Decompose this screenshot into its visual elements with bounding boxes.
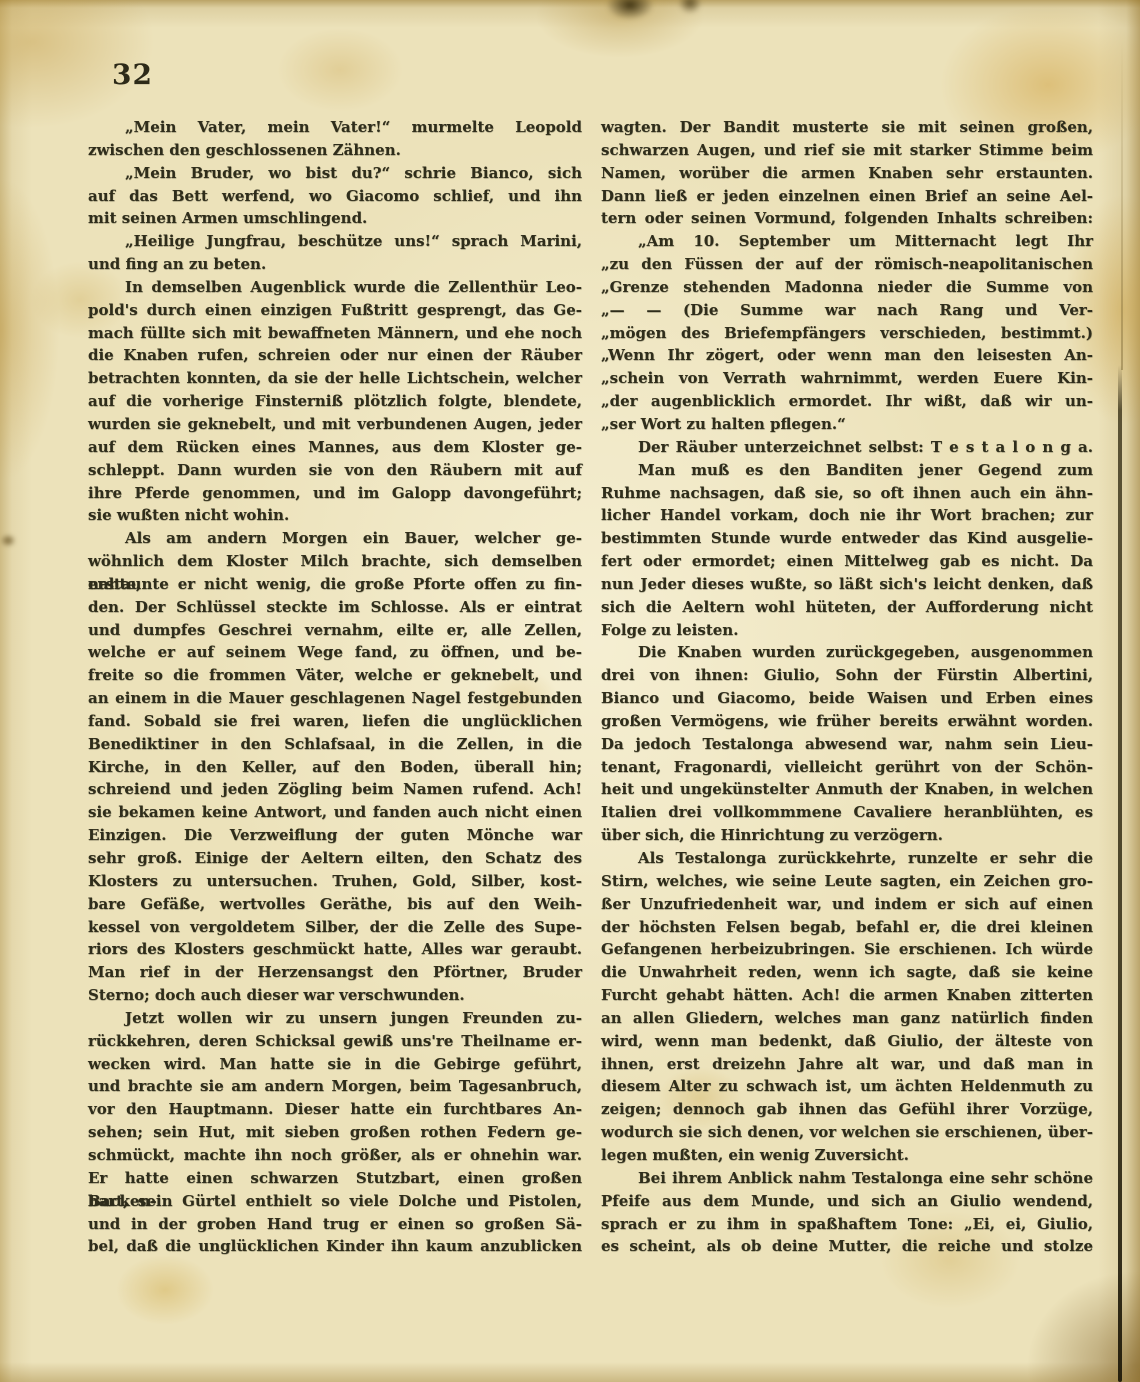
text-line: schmückt, machte ihn noch größer, als er… bbox=[88, 1144, 582, 1167]
page-edge-shadow bbox=[1121, 40, 1123, 370]
text-line: es scheint, als ob deine Mutter, die rei… bbox=[601, 1235, 1093, 1258]
text-line: sehen; sein Hut, mit sieben großen rothe… bbox=[88, 1121, 582, 1144]
text-line: und in der groben Hand trug er einen so … bbox=[88, 1213, 582, 1236]
text-line: Dann ließ er jeden einzelnen einen Brief… bbox=[601, 185, 1093, 208]
text-line: Benediktiner in den Schlafsaal, in die Z… bbox=[88, 733, 582, 756]
text-line: nun Jeder dieses wußte, so läßt sich's l… bbox=[601, 573, 1093, 596]
text-line: licher Handel vorkam, doch nie ihr Wort … bbox=[601, 504, 1093, 527]
text-line: Kirche, in den Keller, auf den Boden, üb… bbox=[88, 756, 582, 779]
text-line: auf das Bett werfend, wo Giacomo schlief… bbox=[88, 185, 582, 208]
text-line: Sterno; doch auch dieser war verschwunde… bbox=[88, 984, 582, 1007]
text-line: großen Vermögens, wie früher bereits erw… bbox=[601, 710, 1093, 733]
text-line: „schein von Verrath wahrnimmt, werden Eu… bbox=[601, 367, 1093, 390]
text-line: In demselben Augenblick wurde die Zellen… bbox=[88, 276, 582, 299]
ink-smudge bbox=[0, 534, 16, 547]
text-line: und dumpfes Geschrei vernahm, eilte er, … bbox=[88, 619, 582, 642]
text-line: Man rief in der Herzensangst den Pförtne… bbox=[88, 961, 582, 984]
text-line: Als Testalonga zurückkehrte, runzelte er… bbox=[601, 847, 1093, 870]
text-line: „Wenn Ihr zögert, oder wenn man den leis… bbox=[601, 344, 1093, 367]
text-line: heit und ungekünstelter Anmuth der Knabe… bbox=[601, 778, 1093, 801]
text-line: schleppt. Dann wurden sie von den Räuber… bbox=[88, 459, 582, 482]
text-line: fand. Sobald sie frei waren, liefen die … bbox=[88, 710, 582, 733]
text-line: schwarzen Augen, und rief sie mit starke… bbox=[601, 139, 1093, 162]
text-line: wöhnlich dem Kloster Milch brachte, sich… bbox=[88, 550, 582, 573]
text-line: „zu den Füssen der auf der römisch-neapo… bbox=[601, 253, 1093, 276]
text-line: an einem in die Mauer geschlagenen Nagel… bbox=[88, 687, 582, 710]
text-line: Da jedoch Testalonga abwesend war, nahm … bbox=[601, 733, 1093, 756]
right-text-column: wagten. Der Bandit musterte sie mit sein… bbox=[601, 116, 1093, 1258]
text-line: Gefangenen herbeizubringen. Sie erschien… bbox=[601, 938, 1093, 961]
text-line: „der augenblicklich ermordet. Ihr wißt, … bbox=[601, 390, 1093, 413]
text-line: wurden sie geknebelt, und mit verbundene… bbox=[88, 413, 582, 436]
text-line: und brachte sie am andern Morgen, beim T… bbox=[88, 1075, 582, 1098]
text-line: Der Räuber unterzeichnet selbst: T e s t… bbox=[601, 436, 1093, 459]
text-line: Pfeife aus dem Munde, und sich an Giulio… bbox=[601, 1190, 1093, 1213]
text-line: Furcht gehabt hätten. Ach! die armen Kna… bbox=[601, 984, 1093, 1007]
text-line: tenant, Fragonardi, vielleicht gerührt v… bbox=[601, 756, 1093, 779]
ink-smudge bbox=[606, 0, 654, 20]
text-line: wecken wird. Man hatte sie in die Gebirg… bbox=[88, 1053, 582, 1076]
text-line: Bei ihrem Anblick nahm Testalonga eine s… bbox=[601, 1167, 1093, 1190]
page-number: 32 bbox=[112, 58, 153, 91]
text-line: freite so die frommen Väter, welche er g… bbox=[88, 664, 582, 687]
text-line: riors des Klosters geschmückt hatte, All… bbox=[88, 938, 582, 961]
text-line: Einzigen. Die Verzweiflung der guten Mön… bbox=[88, 824, 582, 847]
text-line: mach füllte sich mit bewaffneten Männern… bbox=[88, 322, 582, 345]
text-line: rückkehren, deren Schicksal gewiß uns're… bbox=[88, 1030, 582, 1053]
text-line: „mögen des Briefempfängers verschieden, … bbox=[601, 322, 1093, 345]
text-line: ihnen, erst dreizehn Jahre alt war, und … bbox=[601, 1053, 1093, 1076]
text-line: sprach er zu ihm in spaßhaftem Tone: „Ei… bbox=[601, 1213, 1093, 1236]
text-line: Jetzt wollen wir zu unsern jungen Freund… bbox=[88, 1007, 582, 1030]
page-edge-shadow bbox=[1118, 365, 1122, 1382]
text-line: kessel von vergoldetem Silber, der die Z… bbox=[88, 916, 582, 939]
text-line: zeigen; dennoch gab ihnen das Gefühl ihr… bbox=[601, 1098, 1093, 1121]
text-line: ßer Unzufriedenheit war, und indem er si… bbox=[601, 893, 1093, 916]
text-line: Als am andern Morgen ein Bauer, welcher … bbox=[88, 527, 582, 550]
text-line: fert oder ermordet; einen Mittelweg gab … bbox=[601, 550, 1093, 573]
text-line: bare Gefäße, wertvolles Geräthe, bis auf… bbox=[88, 893, 582, 916]
text-line: der höchsten Felsen begab, befahl er, di… bbox=[601, 916, 1093, 939]
text-line: tern oder seinen Vormund, folgenden Inha… bbox=[601, 207, 1093, 230]
text-line: und fing an zu beten. bbox=[88, 253, 582, 276]
text-line: Bianco und Giacomo, beide Waisen und Erb… bbox=[601, 687, 1093, 710]
text-line: zwischen den geschlossenen Zähnen. bbox=[88, 139, 582, 162]
text-line: erstaunte er nicht wenig, die große Pfor… bbox=[88, 573, 582, 596]
text-line: sie wußten nicht wohin. bbox=[88, 504, 582, 527]
text-line: vor den Hauptmann. Dieser hatte ein furc… bbox=[88, 1098, 582, 1121]
text-line: betrachten konnten, da sie der helle Lic… bbox=[88, 367, 582, 390]
text-line: Die Knaben wurden zurückgegeben, ausgeno… bbox=[601, 641, 1093, 664]
text-line: „Mein Bruder, wo bist du?“ schrie Bianco… bbox=[88, 162, 582, 185]
text-line: Italien drei vollkommmene Cavaliere hera… bbox=[601, 801, 1093, 824]
text-line: mit seinen Armen umschlingend. bbox=[88, 207, 582, 230]
text-line: bel, daß die unglücklichen Kinder ihn ka… bbox=[88, 1235, 582, 1258]
text-line: „— — (Die Summe war nach Rang und Ver- bbox=[601, 299, 1093, 322]
text-line: sehr groß. Einige der Aeltern eilten, de… bbox=[88, 847, 582, 870]
text-line: auf dem Rücken eines Mannes, aus dem Klo… bbox=[88, 436, 582, 459]
text-line: pold's durch einen einzigen Fußtritt ges… bbox=[88, 299, 582, 322]
text-line: über sich, die Hinrichtung zu verzögern. bbox=[601, 824, 1093, 847]
text-line: die Knaben rufen, schreien oder nur eine… bbox=[88, 344, 582, 367]
text-line: Klosters zu untersuchen. Truhen, Gold, S… bbox=[88, 870, 582, 893]
text-line: legen mußten, ein wenig Zuversicht. bbox=[601, 1144, 1093, 1167]
ink-smudge bbox=[678, 0, 702, 14]
text-line: diesem Alter zu schwach ist, um ächten H… bbox=[601, 1075, 1093, 1098]
text-line: bestimmten Stunde wurde entweder das Kin… bbox=[601, 527, 1093, 550]
text-line: „Mein Vater, mein Vater!“ murmelte Leopo… bbox=[88, 116, 582, 139]
text-line: „Am 10. September um Mitternacht legt Ih… bbox=[601, 230, 1093, 253]
text-line: Er hatte einen schwarzen Stutzbart, eine… bbox=[88, 1167, 582, 1190]
text-line: wird, wenn man bedenkt, daß Giulio, der … bbox=[601, 1030, 1093, 1053]
text-line: bart, sein Gürtel enthielt so viele Dolc… bbox=[88, 1190, 582, 1213]
text-line: Man muß es den Banditen jener Gegend zum bbox=[601, 459, 1093, 482]
text-line: Namen, worüber die armen Knaben sehr ers… bbox=[601, 162, 1093, 185]
text-line: sie bekamen keine Antwort, und fanden au… bbox=[88, 801, 582, 824]
text-line: „Heilige Jungfrau, beschütze uns!“ sprac… bbox=[88, 230, 582, 253]
text-line: Stirn, welches, wie seine Leute sagten, … bbox=[601, 870, 1093, 893]
text-line: schreiend und jeden Zögling beim Namen r… bbox=[88, 778, 582, 801]
left-text-column: „Mein Vater, mein Vater!“ murmelte Leopo… bbox=[88, 116, 582, 1258]
text-line: wodurch sie sich denen, vor welchen sie … bbox=[601, 1121, 1093, 1144]
text-line: auf die vorherige Finsterniß plötzlich f… bbox=[88, 390, 582, 413]
book-page: 32 „Mein Vater, mein Vater!“ murmelte Le… bbox=[0, 0, 1140, 1382]
text-line: Folge zu leisten. bbox=[601, 619, 1093, 642]
text-line: welche er auf seinem Wege fand, zu öffne… bbox=[88, 641, 582, 664]
text-line: an allen Gliedern, welches man ganz natü… bbox=[601, 1007, 1093, 1030]
text-line: „ser Wort zu halten pflegen.“ bbox=[601, 413, 1093, 436]
text-line: die Unwahrheit reden, wenn ich sagte, da… bbox=[601, 961, 1093, 984]
text-line: drei von ihnen: Giulio, Sohn der Fürstin… bbox=[601, 664, 1093, 687]
text-line: den. Der Schlüssel steckte im Schlosse. … bbox=[88, 596, 582, 619]
text-line: sich die Aeltern wohl hüteten, der Auffo… bbox=[601, 596, 1093, 619]
text-line: wagten. Der Bandit musterte sie mit sein… bbox=[601, 116, 1093, 139]
text-line: Ruhme nachsagen, daß sie, so oft ihnen a… bbox=[601, 482, 1093, 505]
text-line: ihre Pferde genommen, und im Galopp davo… bbox=[88, 482, 582, 505]
text-line: „Grenze stehenden Madonna nieder die Sum… bbox=[601, 276, 1093, 299]
